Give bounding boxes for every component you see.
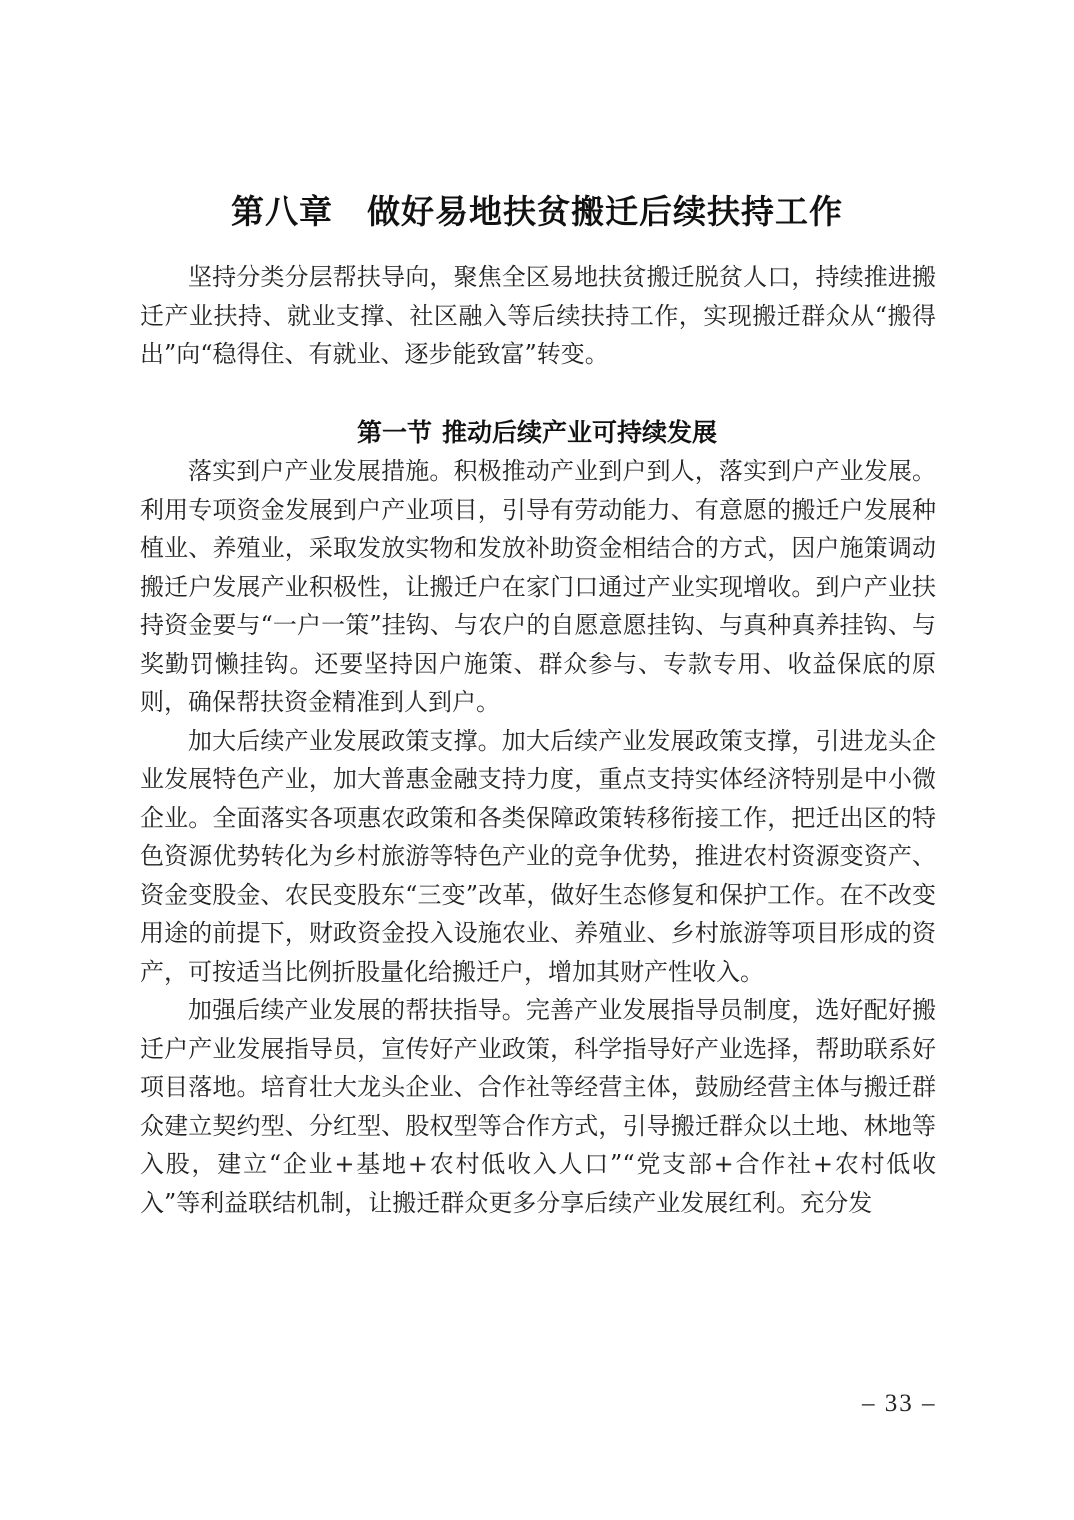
paragraph-household-industry: 落实到户产业发展措施。积极推动产业到户到人，落实到户产业发展。利用专项资金发展到… — [140, 452, 936, 722]
section-body: 落实到户产业发展措施。积极推动产业到户到人，落实到户产业发展。利用专项资金发展到… — [140, 452, 936, 1222]
document-page: 第八章做好易地扶贫搬迁后续扶持工作 坚持分类分层帮扶导向，聚焦全区易地扶贫搬迁脱… — [0, 0, 1074, 1520]
intro-paragraph: 坚持分类分层帮扶导向，聚焦全区易地扶贫搬迁脱贫人口，持续推进搬迁产业扶持、就业支… — [140, 258, 936, 374]
section-number: 第一节 — [357, 418, 432, 447]
paragraph-guidance: 加强后续产业发展的帮扶指导。完善产业发展指导员制度，选好配好搬迁户产业发展指导员… — [140, 991, 936, 1222]
paragraph-policy-support: 加大后续产业发展政策支撑。加大后续产业发展政策支撑，引进龙头企业发展特色产业，加… — [140, 722, 936, 992]
chapter-title-text: 做好易地扶贫搬迁后续扶持工作 — [367, 192, 843, 231]
section-title-text: 推动后续产业可持续发展 — [442, 418, 717, 447]
chapter-title: 第八章做好易地扶贫搬迁后续扶持工作 — [0, 186, 1074, 233]
section-title: 第一节推动后续产业可持续发展 — [0, 413, 1074, 449]
page-number: – 33 – — [862, 1390, 937, 1418]
chapter-number: 第八章 — [231, 192, 333, 231]
intro-block: 坚持分类分层帮扶导向，聚焦全区易地扶贫搬迁脱贫人口，持续推进搬迁产业扶持、就业支… — [140, 258, 936, 374]
